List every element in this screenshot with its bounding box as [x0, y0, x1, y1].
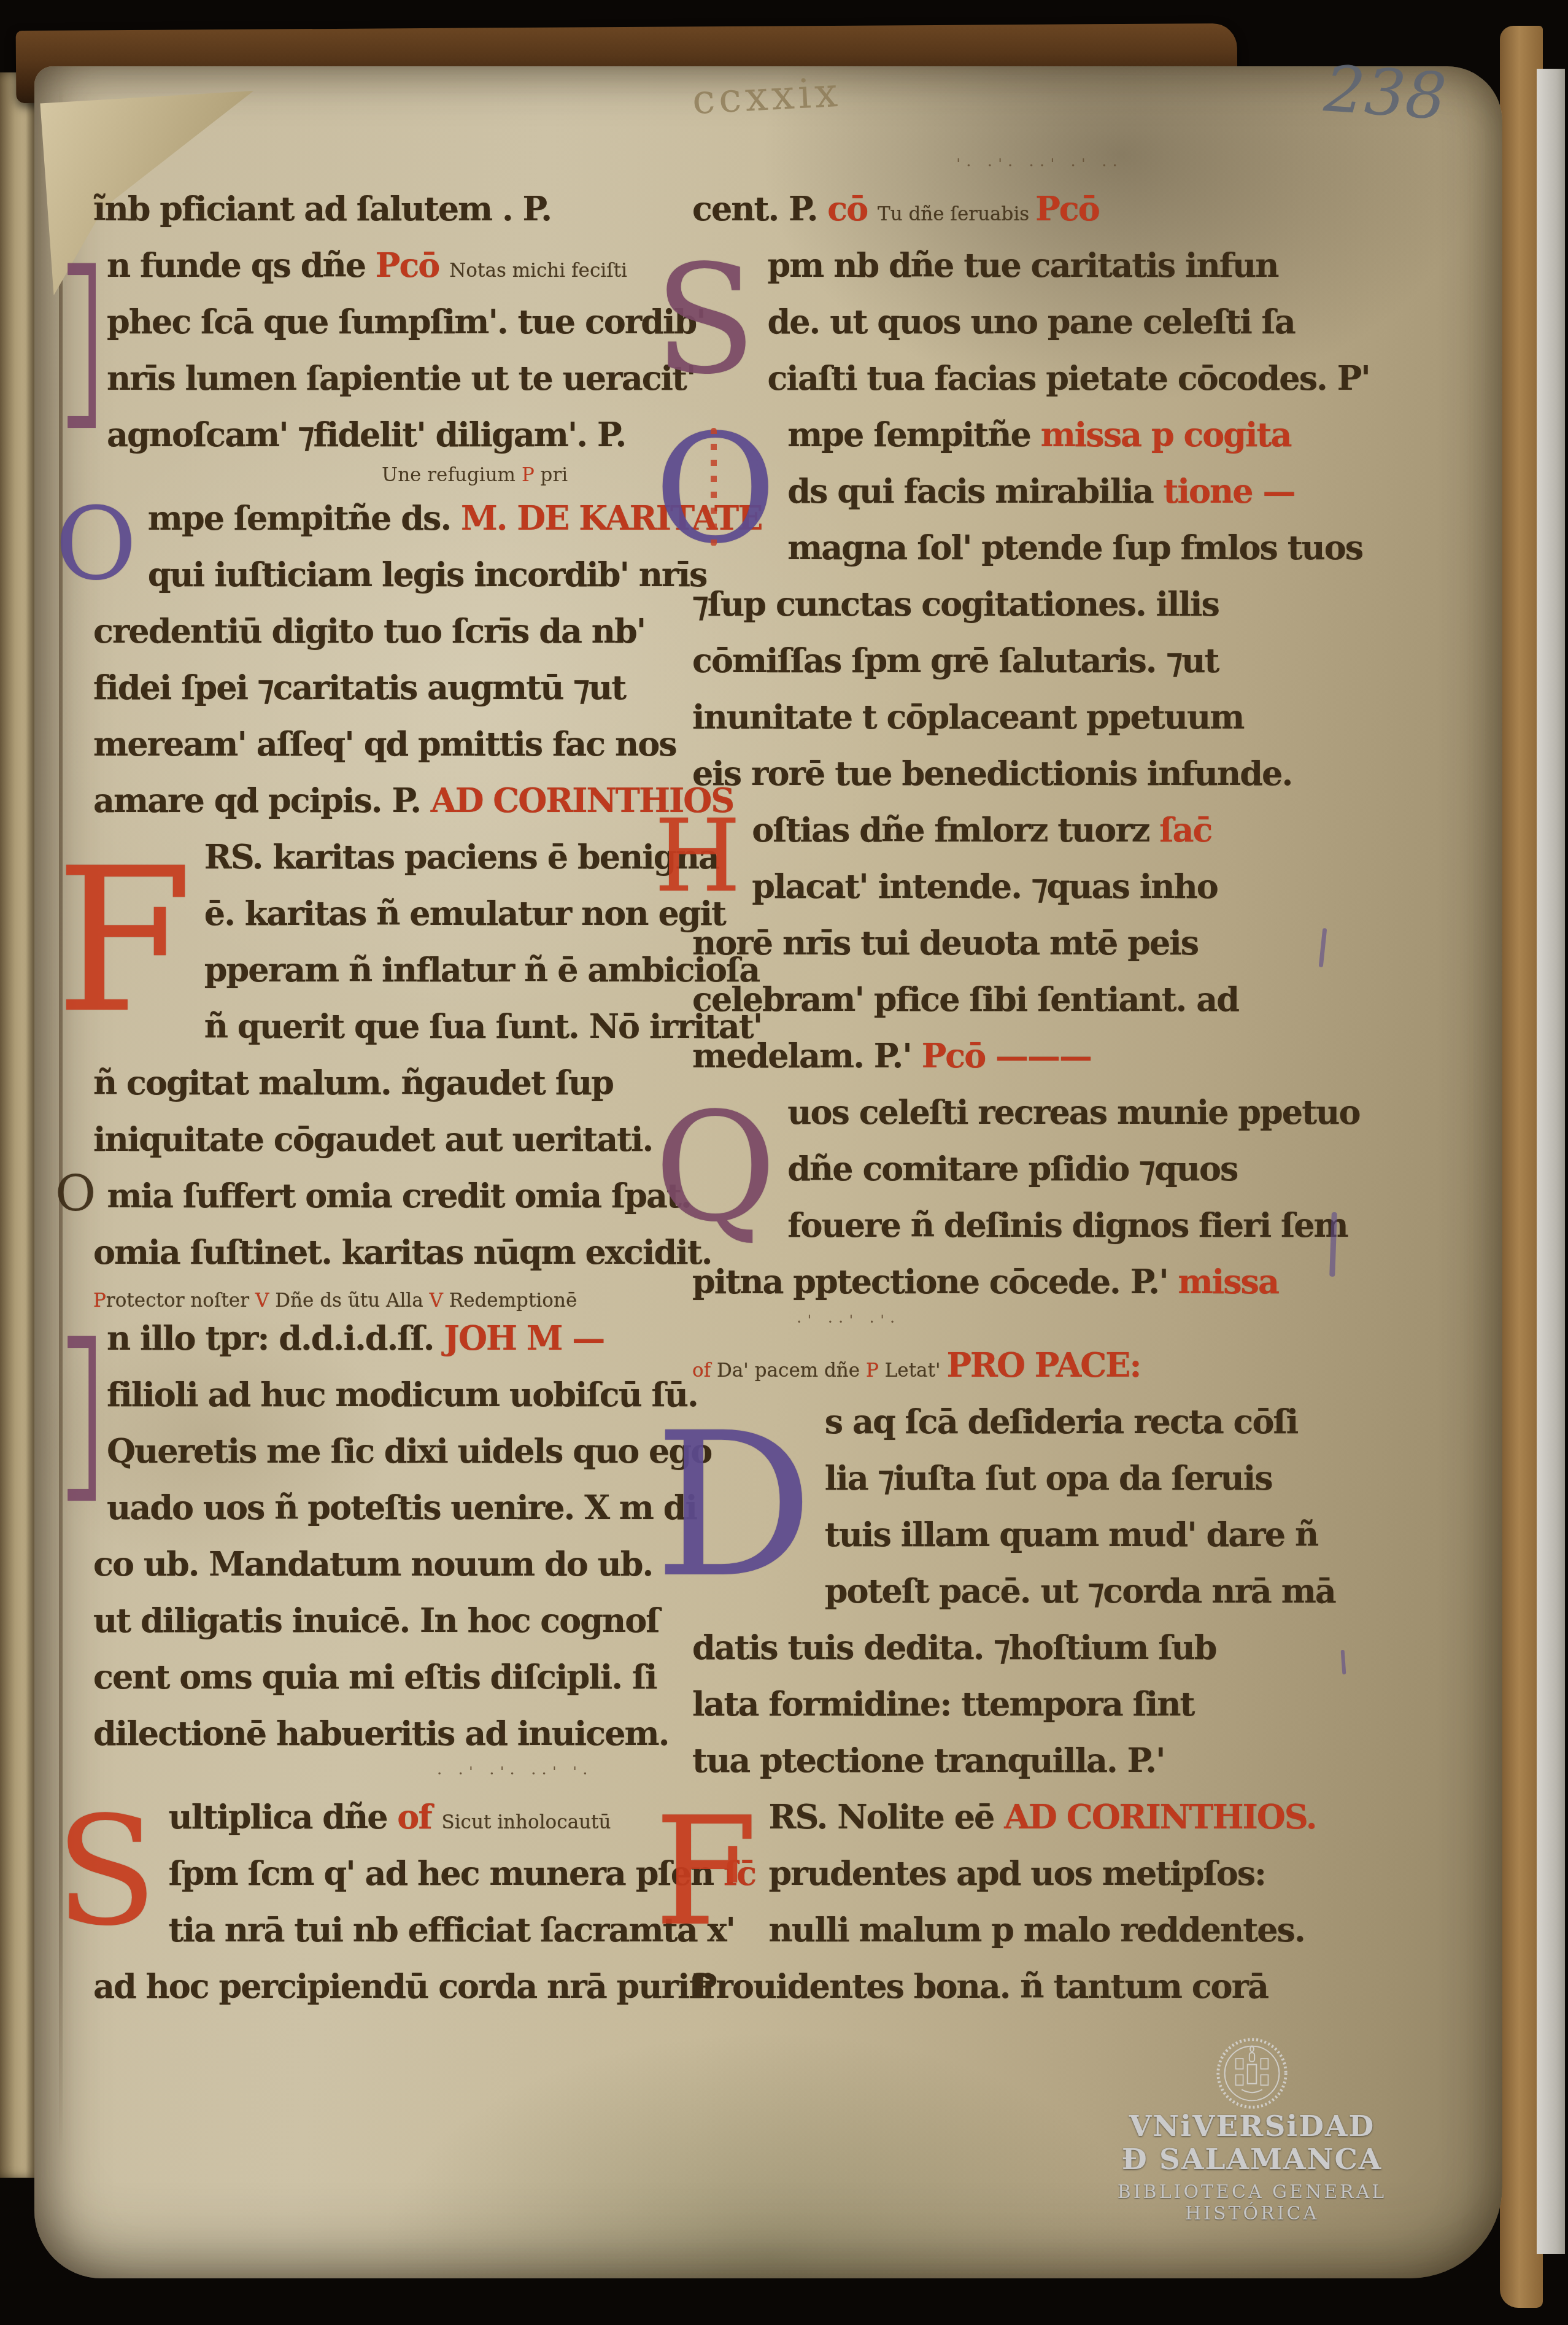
interlinear-gloss: · ·ˈ ·ˈ· ··ˈ ˈ· — [93, 1762, 684, 1789]
manuscript-line: Sultiplica dñe of Sicut inholocautū — [93, 1789, 684, 1845]
manuscript-line: of Da' pacem dñe P Letat' PRO PACE: — [692, 1337, 1318, 1393]
illuminated-initial: O — [55, 487, 137, 600]
body-text: Dñe ds ũtu — [275, 1290, 380, 1312]
manuscript-line: fidei ſpei ⁊caritatis augmtū ⁊ut — [93, 659, 684, 716]
body-text: Notas michi feciſti — [449, 260, 627, 282]
manuscript-line: lata formidine: ttempora ſint — [692, 1676, 1318, 1732]
body-text: filioli ad huc modicum uobiſcū ſū. — [107, 1375, 698, 1414]
manuscript-line: Prouidentes bona. ñ tantum corā — [692, 1958, 1318, 2014]
manuscript-line: ⁊ſup cunctas cogitationes. illis — [692, 576, 1318, 632]
manuscript-line: qui iuſticiam legis incordib' nrīs — [93, 546, 684, 603]
manuscript-line: Spm nb dñe tue caritatis infun — [692, 237, 1318, 293]
body-text: cent oms quia mi eſtis diſcipli. ſi — [93, 1657, 657, 1696]
manuscript-line: ciaſti tua facias pietate cōcodes. P' — [692, 350, 1318, 406]
manuscript-line: placat' intende. ⁊quas inho — [692, 858, 1318, 915]
manuscript-line: inunitate t cōplaceant ppetuum — [692, 689, 1318, 745]
manuscript-line: ĩnb pficiant ad ſalutem . P. — [93, 180, 684, 237]
manuscript-line: dilectionē habueritis ad inuicem. — [93, 1705, 684, 1762]
watermark-department: BIBLIOTECA GENERAL HISTÓRICA — [1080, 2181, 1424, 2224]
rubric-text: V — [430, 1290, 449, 1312]
text-column-left: ĩnb pficiant ad ſalutem . P.In funde qs … — [93, 180, 684, 2014]
illuminated-initial: O — [654, 404, 776, 573]
manuscript-line: credentiū digito tuo ſcrīs da nb' — [93, 603, 684, 659]
manuscript-line: omia ſuſtinet. karitas nūqm excidit. — [93, 1224, 684, 1280]
previous-folio-edge — [0, 72, 37, 2178]
body-text: Alla — [380, 1290, 429, 1312]
manuscript-line: filioli ad huc modicum uobiſcū ſū. — [93, 1366, 684, 1423]
body-text: meream' aſſeq' qd pmittis fac nos — [93, 724, 676, 764]
manuscript-line: In illo tpr: d.d.i.d.ſſ. JOH M — — [93, 1310, 684, 1366]
rubric-text: PRO PACE: — [946, 1345, 1140, 1385]
manuscript-line: Ds aq ſcā deſideria recta cōſi — [692, 1393, 1318, 1450]
body-text: uos celeſti recreas munie ppetuo — [787, 1093, 1359, 1132]
body-text: mia ſuffert omia credit omia ſpat. — [107, 1176, 690, 1215]
manuscript-line: nrīs lumen ſapientie ut te ueracit' — [93, 350, 684, 406]
body-text: pri — [541, 464, 568, 486]
body-text: RS. karitas paciens ē benigna — [204, 837, 719, 876]
body-text: n illo tpr: d.d.i.d.ſſ. — [107, 1318, 444, 1358]
manuscript-line: uado uos ñ poteſtis uenire. X m di — [93, 1479, 684, 1536]
manuscript-line: ſpm ſcm q' ad hec munera pſen ſc̄ — [93, 1845, 684, 1901]
body-text: Tu dñe ſeruabis — [878, 203, 1035, 225]
illuminated-initial: S — [55, 1786, 157, 1956]
illuminated-initial: H — [654, 799, 741, 912]
body-text: Sicut inholocautū — [441, 1811, 611, 1833]
manuscript-line: amare qd pcipis. P. AD CORINTHIOS — [93, 772, 684, 829]
body-text: omia ſuſtinet. karitas nūqm excidit. — [93, 1232, 711, 1272]
body-text: Letat' — [885, 1360, 947, 1382]
rubric-text: of — [397, 1797, 441, 1836]
body-text: medelam. P.' — [692, 1036, 922, 1075]
folio-roman-numeral: ccxxix — [691, 69, 842, 124]
manuscript-line: In funde qs dñe Pcō Notas michi feciſti — [93, 237, 684, 293]
manuscript-line: co ub. Mandatum nouum do ub. — [93, 1536, 684, 1592]
rubric-text: Pcō — [376, 246, 449, 285]
body-text: ĩnb pficiant ad ſalutem . P. — [93, 189, 551, 228]
manuscript-line: cent. P. cō Tu dñe ſeruabis Pcō — [692, 180, 1318, 237]
body-text: rotector noſter — [106, 1290, 255, 1312]
manuscript-line: celebram' pfice ſibi ſentiant. ad — [692, 971, 1318, 1027]
rubric-text: Pcō ——— — [922, 1036, 1091, 1075]
interlinear-gloss: ·ˈ ··ˈ ·ˈ· — [692, 1310, 1318, 1337]
body-text: ſpm ſcm q' ad hec munera pſen — [168, 1854, 724, 1893]
rubric-text: tione — — [1164, 471, 1295, 511]
rubric-text: P — [866, 1360, 885, 1382]
body-text: cōmiſſas ſpm grē ſalutaris. ⁊ut — [692, 641, 1218, 680]
body-text: Queretis me ſic dixi uidels quo ego — [107, 1431, 711, 1471]
illuminated-initial: I — [55, 1307, 96, 1533]
text-column-right: ˈ· ·ˈ· ··ˈ ·ˈ ··cent. P. cō Tu dñe ſerua… — [692, 153, 1318, 2014]
body-text: cent. P. — [692, 189, 827, 228]
fore-edge-paper-strip — [1537, 69, 1565, 2254]
manuscript-line: ut diligatis inuicē. In hoc cognoſ — [93, 1592, 684, 1649]
manuscript-line: Hoſtias dñe fmlorz tuorz ſac̄ — [692, 802, 1318, 858]
manuscript-line: medelam. P.' Pcō ——— — [692, 1027, 1318, 1084]
page-number: 238 — [1322, 51, 1449, 134]
body-text: ultiplica dñe — [168, 1797, 397, 1836]
illuminated-initial: Q — [654, 1081, 776, 1251]
body-text: Prouidentes bona. ñ tantum corā — [692, 1967, 1268, 2006]
manuscript-line: datis tuis dedita. ⁊hoſtium ſub — [692, 1619, 1318, 1676]
body-text: eis rorē tue benedictionis infunde. — [692, 754, 1292, 793]
neume-marks: ˈ· ·ˈ· ··ˈ ·ˈ ·· — [956, 157, 1123, 175]
illuminated-initial: I — [55, 234, 96, 460]
body-text: Une refugium — [382, 464, 522, 486]
manuscript-line: ds qui facis mirabilia tione — — [692, 463, 1318, 519]
manuscript-line: de. ut quos uno pane celeſti ſa — [692, 293, 1318, 350]
body-text: fidei ſpei ⁊caritatis augmtū ⁊ut — [93, 668, 625, 707]
body-text: prudentes apd uos metipſos: — [769, 1854, 1265, 1893]
manuscript-line: tua ptectione tranquilla. P.' — [692, 1732, 1318, 1789]
rubric-text: of — [692, 1360, 717, 1382]
manuscript-line: magna ſol' ptende ſup fmlos tuos — [692, 519, 1318, 576]
watermark-institution-line1: VNiVERSiDAD — [1080, 2110, 1424, 2143]
manuscript-line: ñ cogitat malum. ñgaudet ſup — [93, 1054, 684, 1111]
body-text: Da' pacem dñe — [717, 1360, 866, 1382]
manuscript-line: Protector noſter V Dñe ds ũtu Alla V Red… — [93, 1280, 684, 1310]
body-text: uado uos ñ poteſtis uenire. X m di — [107, 1488, 697, 1527]
body-text: tuis illam quam mud' dare ñ — [825, 1515, 1318, 1554]
body-text: ē. karitas ñ emulatur non egit — [204, 894, 725, 933]
rubric-text: ſac̄ — [1159, 810, 1211, 849]
manuscript-line: FRS. Nolite eē AD CORINTHIOS. — [692, 1789, 1318, 1845]
body-text: s aq ſcā deſideria recta cōſi — [825, 1402, 1297, 1441]
body-text: credentiū digito tuo ſcrīs da nb' — [93, 611, 645, 651]
manuscript-line: Ompe ſempitñe missa p cogita — [692, 406, 1318, 463]
neume-marks: · ·ˈ ·ˈ· ··ˈ ˈ· — [437, 1765, 593, 1783]
body-text: iniquitate cōgaudet aut ueritati. — [93, 1120, 652, 1159]
manuscript-line: agnoſcam' ⁊fidelit' diligam'. P. — [93, 406, 684, 463]
body-text: pitna pptectione cōcede. P.' — [692, 1262, 1178, 1301]
body-text: placat' intende. ⁊quas inho — [752, 867, 1218, 906]
rubric-text: Pcō — [1035, 189, 1099, 228]
manuscript-line: eis rorē tue benedictionis infunde. — [692, 745, 1318, 802]
body-text: pperam ñ inflatur ñ ē ambicioſa — [204, 950, 760, 989]
neume-marks: ·ˈ ··ˈ ·ˈ· — [797, 1313, 900, 1331]
rubric-text: V — [255, 1290, 275, 1312]
manuscript-line: iniquitate cōgaudet aut ueritati. — [93, 1111, 684, 1167]
manuscript-line: ad hoc percipiendū corda nrā purifi — [93, 1958, 684, 2014]
body-text: phec ſcā que ſumpſim'. tue cordib' — [107, 302, 705, 341]
manuscript-line: nulli malum p malo reddentes. — [692, 1901, 1318, 1958]
body-text: lata formidine: ttempora ſint — [692, 1684, 1194, 1723]
manuscript-line: Queretis me ſic dixi uidels quo ego — [93, 1423, 684, 1479]
body-text: ut diligatis inuicē. In hoc cognoſ — [93, 1601, 659, 1640]
body-text: agnoſcam' ⁊fidelit' diligam'. P. — [107, 415, 625, 454]
illuminated-initial: D — [654, 1391, 814, 1617]
manuscript-line: FRS. karitas paciens ē benigna — [93, 829, 684, 885]
body-text: n funde qs dñe — [107, 246, 376, 285]
body-text: datis tuis dedita. ⁊hoſtium ſub — [692, 1628, 1216, 1667]
body-text: ñ querit que ſua ſunt. Nō irritat' — [204, 1007, 762, 1046]
body-text: ciaſti tua facias pietate cōcodes. P' — [767, 358, 1369, 398]
body-text: mpe ſempitñe — [787, 415, 1040, 454]
body-text: tua ptectione tranquilla. P.' — [692, 1741, 1165, 1780]
body-text: celebram' pfice ſibi ſentiant. ad — [692, 980, 1238, 1019]
body-text: dñe comitare pſidio ⁊quos — [787, 1149, 1237, 1188]
interlinear-gloss: ˈ· ·ˈ· ··ˈ ·ˈ ·· — [692, 153, 1318, 180]
body-text: pm nb dñe tue caritatis infun — [767, 246, 1278, 285]
body-text: magna ſol' ptende ſup fmlos tuos — [787, 528, 1362, 567]
body-text: ⁊ſup cunctas cogitationes. illis — [692, 584, 1219, 624]
body-text: amare qd pcipis. P. — [93, 781, 431, 820]
body-text: ñ cogitat malum. ñgaudet ſup — [93, 1063, 613, 1102]
university-seal-icon — [1215, 2037, 1289, 2110]
manuscript-line: cent oms quia mi eſtis diſcipli. ſi — [93, 1649, 684, 1705]
body-text: tia nrā tui nb efficiat ſacramta x' — [168, 1910, 735, 1949]
body-text: ds qui facis mirabilia — [787, 471, 1163, 511]
body-text: Redemptionē — [449, 1290, 577, 1312]
manuscript-line: Ompe ſempitñe ds. M. DE KARITATE — [93, 490, 684, 546]
rubric-text: P — [522, 464, 541, 486]
rubric-text: JOH M — — [444, 1318, 604, 1358]
manuscript-line: dñe comitare pſidio ⁊quos — [692, 1140, 1318, 1197]
body-text: poteſt pacē. ut ⁊corda nrā mā — [825, 1571, 1335, 1611]
manuscript-line: tia nrā tui nb efficiat ſacramta x' — [93, 1901, 684, 1958]
body-text: co ub. Mandatum nouum do ub. — [93, 1544, 652, 1584]
manuscript-line: prudentes apd uos metipſos: — [692, 1845, 1318, 1901]
body-text: inunitate t cōplaceant ppetuum — [692, 697, 1243, 737]
rubric-text: missa p cogita — [1041, 415, 1291, 454]
body-text: lia ⁊iuſta ſut opa da ſeruis — [825, 1458, 1272, 1498]
illuminated-initial: F — [654, 1786, 758, 1956]
library-watermark: VNiVERSiDAD Ð SALAMANCA BIBLIOTECA GENER… — [1080, 2037, 1424, 2224]
interlinear-gloss: Une refugium P pri — [93, 463, 684, 490]
manuscript-line: fouere ñ deſinis dignos fieri ſem — [692, 1197, 1318, 1253]
watermark-institution-line2: Ð SALAMANCA — [1080, 2143, 1424, 2176]
illuminated-initial: F — [55, 826, 193, 1052]
manuscript-line: pitna pptectione cōcede. P.' missa — [692, 1253, 1318, 1310]
body-text: nrīs lumen ſapientie ut te ueracit' — [107, 358, 695, 398]
body-text: norē nrīs tui deuota mtē peis — [692, 923, 1198, 962]
body-text: fouere ñ deſinis dignos fieri ſem — [787, 1205, 1347, 1245]
body-text: dilectionē habueritis ad inuicem. — [93, 1714, 668, 1753]
body-text: oſtias dñe fmlorz tuorz — [752, 810, 1159, 849]
manuscript-line: cōmiſſas ſpm grē ſalutaris. ⁊ut — [692, 632, 1318, 689]
rubric-text: missa — [1178, 1262, 1278, 1301]
body-text: mpe ſempitñe ds. — [148, 498, 461, 538]
manuscript-line: norē nrīs tui deuota mtē peis — [692, 915, 1318, 971]
illuminated-initial: S — [654, 234, 756, 404]
rubric-text: AD CORINTHIOS. — [1004, 1797, 1316, 1836]
manuscript-line: Omia ſuffert omia credit omia ſpat. — [93, 1167, 684, 1224]
body-text: RS. Nolite eē — [769, 1797, 1005, 1836]
manuscript-line: phec ſcā que ſumpſim'. tue cordib' — [93, 293, 684, 350]
body-text: qui iuſticiam legis incordib' nrīs — [148, 555, 707, 594]
body-text: nulli malum p malo reddentes. — [769, 1910, 1305, 1949]
rubric-text: cō — [827, 189, 878, 228]
manuscript-photo: ccxxix 238 ĩnb pficiant ad ſalutem . P.I… — [0, 0, 1568, 2325]
manuscript-line: meream' aſſeq' qd pmittis fac nos — [93, 716, 684, 772]
illuminated-initial: O — [55, 1165, 96, 1221]
body-text: de. ut quos uno pane celeſti ſa — [767, 302, 1294, 341]
manuscript-line: Quos celeſti recreas munie ppetuo — [692, 1084, 1318, 1140]
body-text: ad hoc percipiendū corda nrā purifi — [93, 1967, 713, 2006]
